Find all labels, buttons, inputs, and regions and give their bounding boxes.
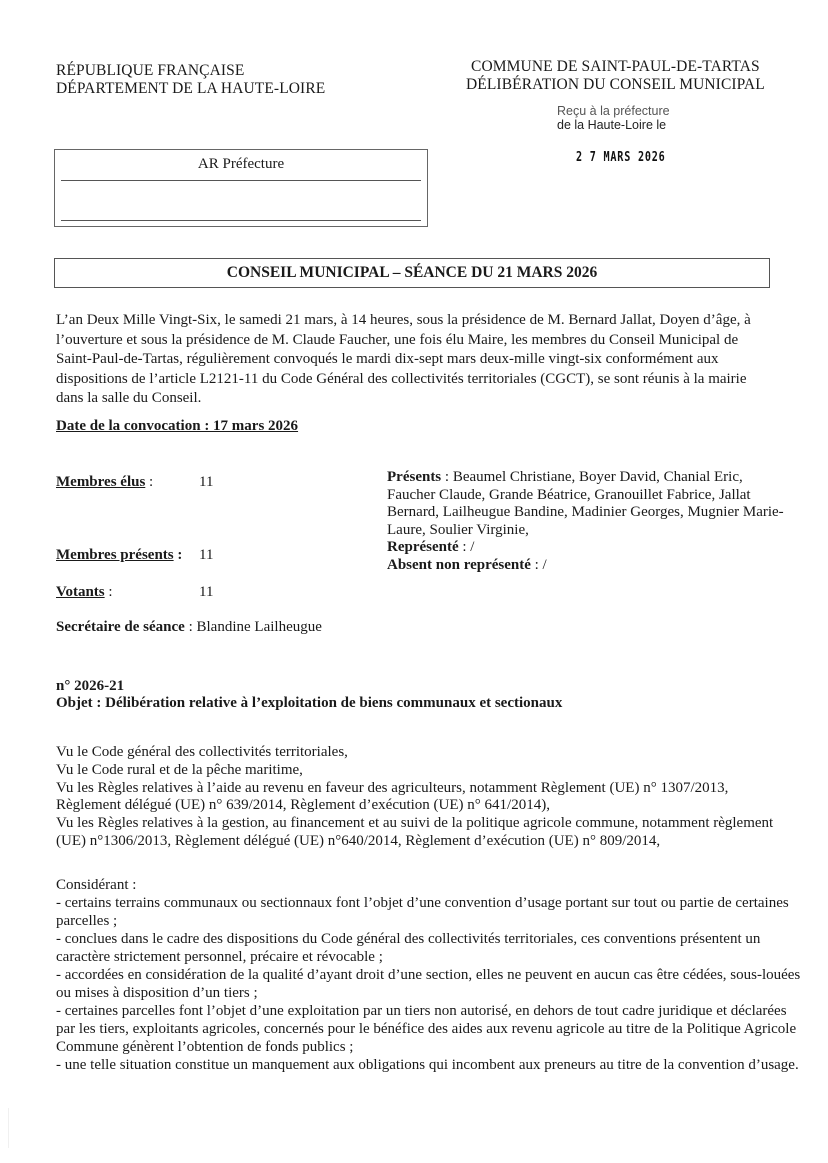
- convocation-date: Date de la convocation : 17 mars 2026: [56, 418, 298, 435]
- stat-value: 11: [199, 584, 213, 601]
- considerant-item: - certaines parcelles font l’objet d’une…: [56, 1002, 808, 1056]
- considerant-list: Considérant : - certains terrains commun…: [56, 876, 808, 1074]
- considerant-item: - conclues dans le cadre des disposition…: [56, 930, 808, 966]
- absent-row: Absent non représenté : /: [387, 557, 787, 575]
- commune-label: COMMUNE DE SAINT-PAUL-DE-TARTAS: [466, 58, 765, 76]
- ar-prefecture-box: AR Préfecture: [54, 149, 428, 227]
- represente-row: Représenté : /: [387, 539, 787, 557]
- vu-item: Vu le Code rural et de la pêche maritime…: [56, 762, 786, 780]
- ar-divider: [61, 180, 421, 181]
- header-left: RÉPUBLIQUE FRANÇAISE DÉPARTEMENT DE LA H…: [56, 62, 325, 98]
- presents-value: : Beaumel Christiane, Boyer David, Chani…: [387, 469, 784, 538]
- stamp-line-1: Reçu à la préfecture: [557, 104, 670, 118]
- stat-membres-elus: Membres élus : 11: [56, 474, 153, 491]
- stat-label: Membres présents: [56, 547, 174, 563]
- secretaire-value: : Blandine Lailheugue: [185, 619, 322, 635]
- prefecture-stamp: Reçu à la préfecture de la Haute-Loire l…: [557, 104, 670, 132]
- stat-value: 11: [199, 547, 213, 564]
- deliberation-label: DÉLIBÉRATION DU CONSEIL MUNICIPAL: [466, 76, 765, 94]
- scan-edge: [8, 1108, 9, 1148]
- stat-label: Membres élus: [56, 474, 145, 490]
- considerant-title: Considérant :: [56, 876, 808, 894]
- represente-label: Représenté: [387, 539, 459, 555]
- stat-membres-presents: Membres présents : 11: [56, 547, 182, 564]
- stat-label: Votants: [56, 584, 105, 600]
- vu-item: Vu le Code général des collectivités ter…: [56, 744, 786, 762]
- represente-value: : /: [459, 539, 475, 555]
- ar-divider: [61, 220, 421, 221]
- ar-prefecture-title: AR Préfecture: [55, 156, 427, 173]
- attendance-block: Présents : Beaumel Christiane, Boyer Dav…: [387, 469, 787, 575]
- stat-sep: :: [145, 474, 153, 490]
- deliberation-heading: n° 2026-21 Objet : Délibération relative…: [56, 678, 562, 712]
- seance-title: CONSEIL MUNICIPAL – SÉANCE DU 21 MARS 20…: [227, 264, 597, 281]
- absent-value: : /: [531, 557, 547, 573]
- stat-value: 11: [199, 474, 213, 491]
- considerant-item: - une telle situation constitue un manqu…: [56, 1056, 808, 1074]
- vu-item: Vu les Règles relatives à l’aide au reve…: [56, 780, 786, 816]
- stat-votants: Votants : 11: [56, 584, 113, 601]
- vu-list: Vu le Code général des collectivités ter…: [56, 744, 786, 851]
- considerant-item: - accordées en considération de la quali…: [56, 966, 808, 1002]
- absent-label: Absent non représenté: [387, 557, 531, 573]
- deliberation-object: Objet : Délibération relative à l’exploi…: [56, 695, 562, 712]
- stat-sep: :: [174, 547, 183, 563]
- seance-title-box: CONSEIL MUNICIPAL – SÉANCE DU 21 MARS 20…: [54, 258, 770, 288]
- republique-label: RÉPUBLIQUE FRANÇAISE: [56, 62, 325, 80]
- presents-label: Présents: [387, 469, 441, 485]
- deliberation-number: n° 2026-21: [56, 678, 562, 695]
- stamp-line-2: de la Haute-Loire le: [557, 118, 670, 132]
- stamp-date: 2 7 MARS 2026: [576, 150, 666, 165]
- departement-label: DÉPARTEMENT DE LA HAUTE-LOIRE: [56, 80, 325, 98]
- vu-item: Vu les Règles relatives à la gestion, au…: [56, 815, 786, 851]
- header-right: COMMUNE DE SAINT-PAUL-DE-TARTAS DÉLIBÉRA…: [466, 58, 765, 94]
- secretaire-row: Secrétaire de séance : Blandine Lailheug…: [56, 619, 322, 636]
- intro-paragraph: L’an Deux Mille Vingt-Six, le samedi 21 …: [56, 311, 772, 409]
- stat-sep: :: [105, 584, 113, 600]
- considerant-item: - certains terrains communaux ou section…: [56, 894, 808, 930]
- secretaire-label: Secrétaire de séance: [56, 619, 185, 635]
- presents-list: Présents : Beaumel Christiane, Boyer Dav…: [387, 469, 787, 539]
